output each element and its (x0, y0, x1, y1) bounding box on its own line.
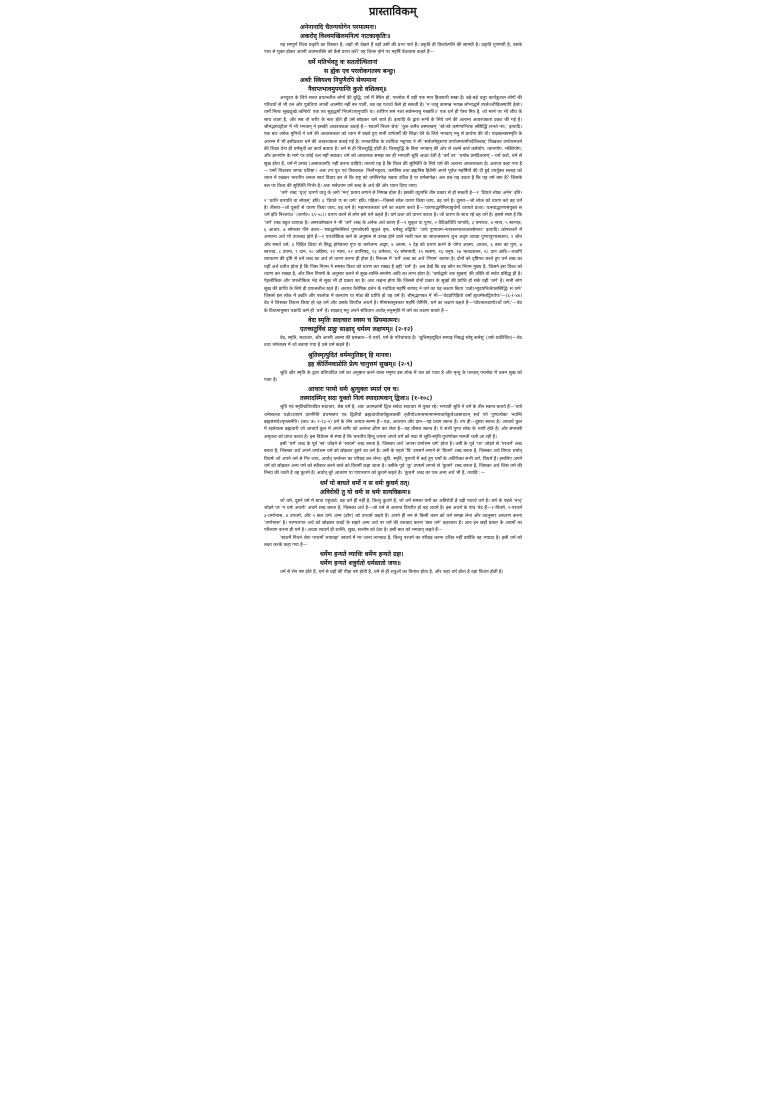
page-title: प्रास्ताविकम् (264, 4, 522, 19)
verse-line: धर्मं यो बाधते धर्मो न स धर्मः कुधर्म तत… (264, 479, 522, 488)
verse-block: धर्मं यो बाधते धर्मो न स धर्मः कुधर्म तत… (264, 479, 522, 497)
verse-line: अविरोधी तु यो धर्मः स धर्मः सत्यविक्रमः॥ (264, 488, 522, 497)
verse-block: धर्मेण हन्यते व्याधिः धर्मेण हन्यते ग्रह… (264, 550, 522, 568)
verse-line: तस्मादस्मिन् सदा युक्तो नित्यं स्यादात्म… (264, 394, 522, 403)
opening-verse: अनेनानादि चैतन्ययोगेन परमात्मनः। अकरोद् … (264, 23, 522, 41)
paragraph: 'धर्म' शब्द 'धृञ्' धारणे धातु के आगे 'मन… (264, 190, 522, 315)
paragraph: धर्म से रोग नष्ट होते हैं, धर्म से ग्रहो… (264, 569, 522, 576)
verse-line: वेदः स्मृतिः सदाचारः स्वस्य च प्रियमात्म… (264, 316, 522, 325)
verse-line: धर्मेण हन्यते व्याधिः धर्मेण हन्यते ग्रह… (264, 550, 522, 559)
verse-line: धर्मेण हन्यते शत्रुर्यतो धर्मस्ततो जयः॥ (264, 559, 522, 568)
document-page: प्रास्ताविकम् अनेनानादि चैतन्ययोगेन परमा… (264, 2, 522, 577)
verse-block: धर्मे मतिर्भवतु वः सततोत्थितानां स ह्येक… (264, 58, 522, 94)
verse-line: नैवाप्तभावमुपयान्ति कुतो वशित्वम्॥ (264, 85, 522, 94)
paragraph: श्रुति एवं स्मृतिप्रतिपादित सदाचार, श्रे… (264, 404, 522, 441)
verse-line: इह कीर्तिमवाप्नोति प्रेत्य चानुत्तमं सुख… (264, 360, 522, 369)
paragraph: अभ्युदय के लिये सतत प्रयत्नशील लोगों की … (264, 95, 522, 190)
paragraph: जो धर्म, दूसरे धर्म में बाधा पहुंचावे, व… (264, 498, 522, 535)
verse-block: आचारः परमो धर्मः श्रुत्युक्तः स्मार्त एव… (264, 385, 522, 403)
verse-line: अनेनानादि चैतन्ययोगेन परमात्मनः। (264, 23, 522, 32)
verse-line: धर्मे मतिर्भवतु वः सततोत्थितानां (264, 58, 522, 67)
verse-block: श्रुतिस्मृत्युदितं धर्ममनुतिष्ठन् हि मान… (264, 351, 522, 369)
paragraph: 'स्वधर्मे निधनं श्रेयः परधर्मो भयावहः' स… (264, 535, 522, 550)
verse-line: स ह्येक एव परलोकगतस्य बन्धुः। (264, 67, 522, 76)
verse-line: श्रुतिस्मृत्युदितं धर्ममनुतिष्ठन् हि मान… (264, 351, 522, 360)
paragraph: इसी 'धर्म' शब्द के पूर्व 'स्व' जोड़ने से… (264, 441, 522, 478)
paragraph: वेद, स्मृति, सदाचार, और अपनी आत्मा की प्… (264, 335, 522, 350)
paragraph: श्रुति और स्मृति के द्वारा प्रतिपादित धर… (264, 370, 522, 385)
verse-block: वेदः स्मृतिः सदाचारः स्वस्य च प्रियमात्म… (264, 316, 522, 334)
verse-line: अकरोद् विश्वमखिलमनित्यं नाटकाकृतिः॥ (264, 32, 522, 41)
verse-line: अर्थाः स्त्रियश्च निपुणैरपि सेव्यमाना (264, 76, 522, 85)
verse-line: आचारः परमो धर्मः श्रुत्युक्तः स्मार्त एव… (264, 385, 522, 394)
verse-line: एतच्चतुर्विधं प्राहुः साक्षाद् धर्मस्य ल… (264, 325, 522, 334)
paragraph: यह सम्पूर्ण विश्व प्रकृति का विस्तार है,… (264, 42, 522, 57)
